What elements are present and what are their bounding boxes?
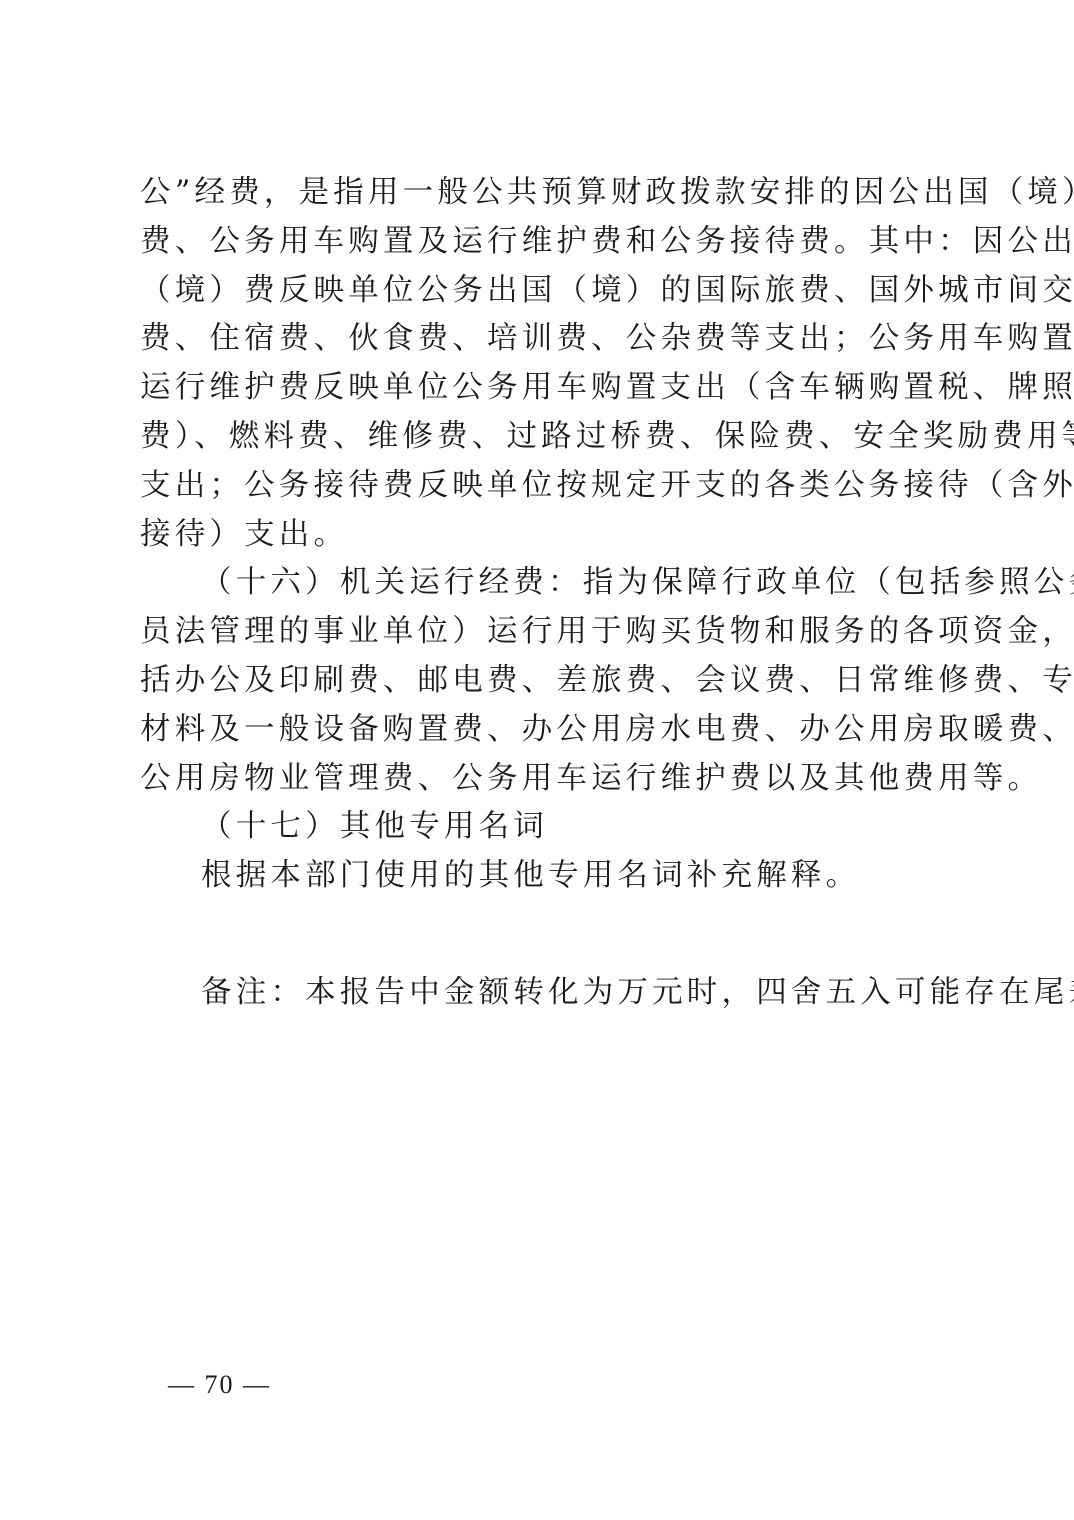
paragraph-sanggong-definition: 公”经费，是指用一般公共预算财政拨款安排的因公出国（境） 费、公务用车购置及运行… [140,169,940,559]
text-line: （十六）机关运行经费：指为保障行政单位（包括参照公务 [140,559,940,608]
text-line: 括办公及印刷费、邮电费、差旅费、会议费、日常维修费、专用 [140,657,940,706]
text-line: 公”经费，是指用一般公共预算财政拨款安排的因公出国（境） [140,169,940,218]
text-line: （境）费反映单位公务出国（境）的国际旅费、国外城市间交通 [140,267,940,316]
text-line: 员法管理的事业单位）运行用于购买货物和服务的各项资金，包 [140,608,940,657]
paragraph-item-16: （十六）机关运行经费：指为保障行政单位（包括参照公务 员法管理的事业单位）运行用… [140,559,940,803]
text-line: 费、住宿费、伙食费、培训费、公杂费等支出；公务用车购置及 [140,315,940,364]
section-heading-item-17: （十七）其他专用名词 [140,803,940,852]
document-body: 公”经费，是指用一般公共预算财政拨款安排的因公出国（境） 费、公务用车购置及运行… [140,169,940,1018]
text-line: 支出；公务接待费反映单位按规定开支的各类公务接待（含外宾 [140,462,940,511]
text-line: 接待）支出。 [140,511,940,560]
remark-line: 备注：本报告中金额转化为万元时，四舍五入可能存在尾差 [140,969,940,1018]
paragraph-item-17: 根据本部门使用的其他专用名词补充解释。 [140,852,940,901]
text-line: 材料及一般设备购置费、办公用房水电费、办公用房取暖费、办 [140,706,940,755]
text-line: 费）、燃料费、维修费、过路过桥费、保险费、安全奖励费用等 [140,413,940,462]
paragraph-remark: 备注：本报告中金额转化为万元时，四舍五入可能存在尾差 [140,969,940,1018]
heading-line: （十七）其他专用名词 [140,803,940,852]
text-line: 费、公务用车购置及运行维护费和公务接待费。其中：因公出国 [140,218,940,267]
text-line: 运行维护费反映单位公务用车购置支出（含车辆购置税、牌照 [140,364,940,413]
page-number: — 70 — [168,1370,271,1400]
text-line: 公用房物业管理费、公务用车运行维护费以及其他费用等。 [140,755,940,804]
text-line: 根据本部门使用的其他专用名词补充解释。 [140,852,940,901]
spacer [140,901,940,969]
